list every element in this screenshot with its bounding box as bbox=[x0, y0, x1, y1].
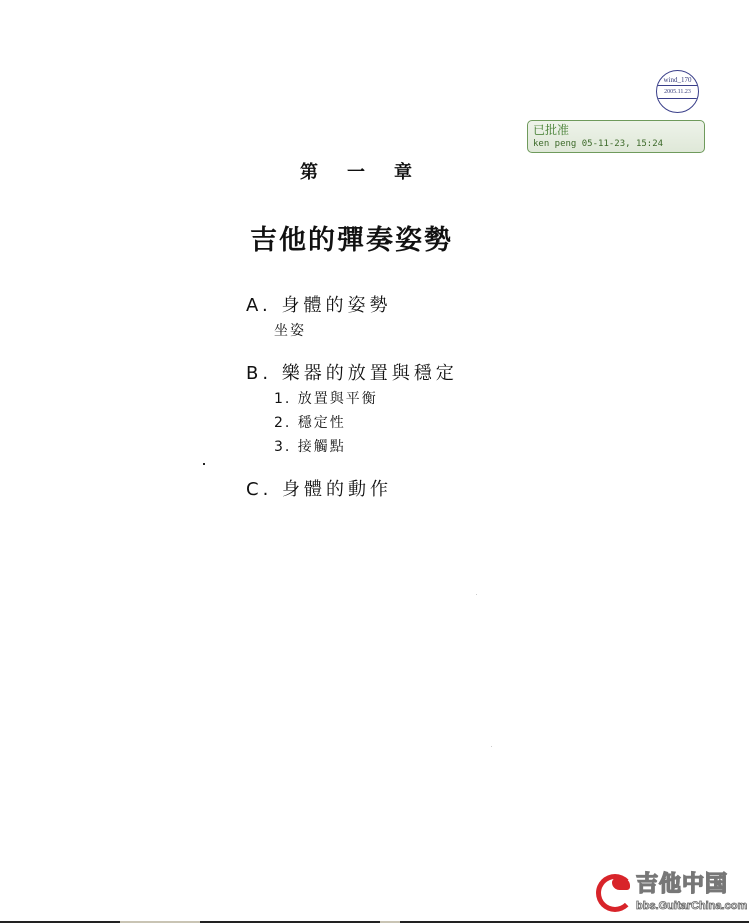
watermark-url: bbs.GuitarChina.com bbox=[636, 899, 747, 913]
approval-badge: 已批准 ken peng 05-11-23, 15:24 bbox=[527, 120, 705, 153]
approval-status: 已批准 bbox=[533, 123, 699, 138]
section-b-item: 1. 放置與平衡 bbox=[274, 387, 458, 411]
page-title: 吉他的彈奏姿勢 bbox=[250, 218, 453, 257]
scan-speck bbox=[491, 746, 492, 747]
stamp-name: wind_170 bbox=[657, 75, 698, 85]
chapter-char: 第 bbox=[300, 158, 318, 184]
section-a-item: 坐姿 bbox=[274, 319, 458, 343]
watermark-name: 吉他中国 bbox=[636, 872, 728, 898]
section-b-heading: B. 樂器的放置與穩定 bbox=[246, 361, 458, 387]
stamp-date: 2005.11.23 bbox=[657, 87, 698, 97]
stamp-divider bbox=[657, 85, 698, 86]
section-b-item: 2. 穩定性 bbox=[274, 411, 458, 435]
watermark-logo: 吉他中国 bbs.GuitarChina.com bbox=[596, 872, 746, 916]
scan-speck bbox=[203, 463, 205, 465]
section-c-heading: C. 身體的動作 bbox=[246, 477, 458, 503]
date-stamp: wind_170 2005.11.23 bbox=[656, 70, 699, 113]
dragon-head-icon bbox=[612, 878, 630, 890]
chapter-char: 章 bbox=[394, 158, 412, 184]
section-b-item: 3. 接觸點 bbox=[274, 435, 458, 459]
section-a-heading: A. 身體的姿勢 bbox=[246, 293, 458, 319]
scan-speck bbox=[476, 594, 477, 595]
stamp-divider bbox=[657, 98, 698, 99]
approval-meta: ken peng 05-11-23, 15:24 bbox=[533, 138, 699, 150]
chapter-heading: 第 一 章 bbox=[300, 158, 412, 184]
outline: A. 身體的姿勢 坐姿 B. 樂器的放置與穩定 1. 放置與平衡 2. 穩定性 … bbox=[246, 293, 458, 503]
page-bottom-edge bbox=[0, 921, 749, 923]
chapter-char: 一 bbox=[347, 158, 365, 184]
